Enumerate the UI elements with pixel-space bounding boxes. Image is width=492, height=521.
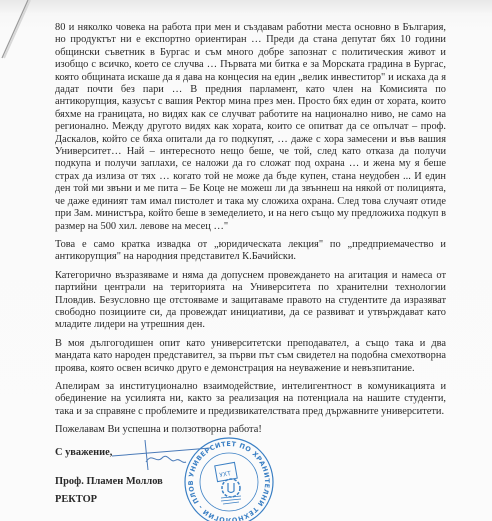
page-curl-shadow bbox=[0, 0, 40, 60]
signatory-name: Проф. Пламен Моллов bbox=[55, 476, 163, 487]
paragraph-appeal: Апелирам за институционално взаимодейств… bbox=[55, 381, 446, 418]
university-stamp: УНИВЕРСИТЕТ ПО ХРАНИТЕЛНИ ТЕХНОЛОГИИ - П… bbox=[183, 436, 275, 521]
signatory-title: РЕКТОР bbox=[55, 494, 97, 505]
svg-text:УХТ: УХТ bbox=[219, 470, 232, 479]
paragraph-quote: 80 и няколко човека на работа при мен и … bbox=[55, 22, 446, 233]
paragraph-wishes: Пожелавам Ви успешна и ползотворна работ… bbox=[55, 424, 446, 436]
paragraph-objection: Категорично възразяваме и няма да допусн… bbox=[55, 270, 446, 332]
paragraph-experience: В моя дългогодишен опит като университет… bbox=[55, 338, 446, 375]
closing-salutation: С уважение, bbox=[55, 447, 112, 458]
paragraph-excerpt-note: Това е само кратка извадка от „юридическ… bbox=[55, 239, 446, 264]
letter-body: 80 и няколко човека на работа при мен и … bbox=[55, 22, 446, 443]
document-page: 80 и няколко човека на работа при мен и … bbox=[0, 0, 492, 521]
